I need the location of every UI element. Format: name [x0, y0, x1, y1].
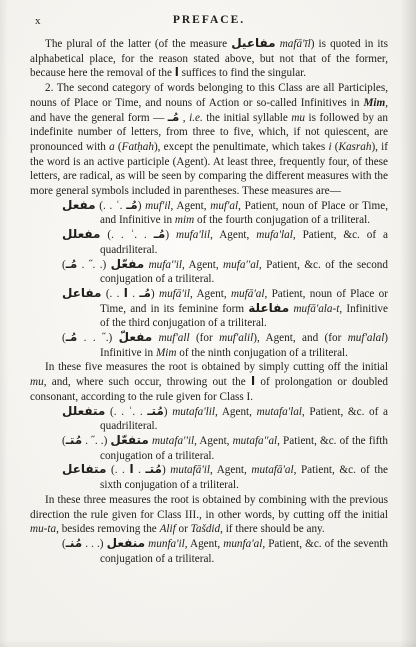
text-segment: of the fourth conjugation of a trilitera… [194, 214, 370, 226]
text-segment: mu-ta [30, 523, 56, 535]
text-segment: (. . [101, 288, 123, 300]
text-segment: ) [165, 229, 176, 241]
text-segment: mufa'lal [256, 229, 293, 241]
text-segment: (. . ʿ. [96, 200, 127, 212]
book-page: x PREFACE. The plural of the latter (of … [0, 0, 416, 647]
measure-item: مفعلل (. . ʿ. . مُـ) mufa'lil, Agent, mu… [100, 228, 388, 257]
measure-item: مفعل (. . ʿ. مُـ) muf'il, Agent, muf'al,… [100, 199, 388, 228]
text-segment: ), Agent, and (for [253, 332, 348, 344]
text-segment: , Agent, [210, 229, 256, 241]
text-segment: (. .˝ . [82, 435, 110, 447]
arabic-text: مفاعيل [231, 36, 275, 50]
measure-item: متفاعل (. . ا‎ . مُتـ) mutafā'il, Agent,… [100, 463, 388, 492]
arabic-text: مفاعلة [248, 301, 289, 315]
text-segment: Mim [363, 97, 385, 109]
paragraph: 2. The second category of words belongin… [30, 81, 388, 199]
paragraph: In these three measures the root is obta… [30, 493, 388, 537]
text-segment: , if there should be any. [220, 523, 325, 535]
text-segment: ) [164, 406, 172, 418]
measure-item: متفعّل (. .˝ . مُتـ) mutafa''il, Agent, … [100, 434, 388, 463]
text-segment: 2. The second category of words belongin… [30, 82, 388, 109]
arabic-text: مُـ [139, 286, 151, 300]
text-segment: Alif [160, 523, 176, 535]
text-segment: mufā'al [231, 288, 264, 300]
arabic-text: مفاعل [62, 286, 101, 300]
measure-item: مفعلّ (.˝ . . مُـ) muf'all (for muf'alil… [100, 331, 388, 360]
page-body: The plural of the latter (of the measure… [0, 37, 416, 566]
text-segment: mutafa'lal [257, 406, 302, 418]
text-segment: , Agent, [190, 288, 231, 300]
arabic-text: مُـ [154, 227, 166, 241]
text-segment: mufa''il [149, 259, 182, 271]
text-segment: ( [115, 141, 122, 153]
arabic-text: منفعل [107, 536, 145, 550]
text-segment: mu [30, 376, 44, 388]
arabic-text: مفعلّ [119, 330, 153, 344]
text-segment: mutafā'il [170, 464, 210, 476]
measure-item: مفعّل (. .˝ . مُـ) mufa''il, Agent, mufa… [100, 258, 388, 287]
page-header: x PREFACE. [30, 13, 388, 28]
text-segment: ‎ . [128, 288, 139, 300]
text-segment: Tašdid [191, 523, 220, 535]
text-segment: , Agent, [185, 538, 223, 550]
arabic-text: مُتـ [146, 462, 162, 476]
text-segment: Mim [156, 347, 177, 359]
page-title: PREFACE. [30, 13, 388, 28]
text-segment: the initial syllable [203, 112, 292, 124]
text-segment: mufa''al [223, 259, 259, 271]
text-segment: , besides removing the [56, 523, 159, 535]
text-segment: i.e. [189, 112, 203, 124]
text-segment: , Agent, [171, 200, 211, 212]
text-segment: , Agent, [194, 435, 233, 447]
text-segment: , and, where such occur, throwing out th… [44, 376, 251, 388]
text-segment: In these three measures the root is obta… [30, 494, 388, 521]
text-segment: ), except the penultimate, which takes [154, 141, 329, 153]
text-segment: muf'alal [348, 332, 385, 344]
arabic-text: مُـ [168, 110, 180, 124]
text-segment: The plural of the latter (of the measure [45, 38, 231, 50]
text-segment: (. . [106, 464, 129, 476]
arabic-text: مُـ [66, 330, 78, 344]
text-segment: mutafa'lil [172, 406, 215, 418]
text-segment: mafā'īl [280, 38, 311, 50]
text-segment: mufā'ala-t [293, 303, 339, 315]
text-segment: muf'al [210, 200, 238, 212]
arabic-text: مُتـ [66, 433, 82, 447]
arabic-text: مفعل [62, 198, 96, 212]
arabic-text: مُنـ [66, 536, 82, 550]
page-number: x [35, 14, 41, 29]
arabic-text: مُـ [66, 257, 78, 271]
measure-item: متفعلل (. . ʿ. . مُتـ) mutafa'lil, Agent… [100, 405, 388, 434]
arabic-text: متفعّل [110, 433, 148, 447]
text-segment: (for [190, 332, 220, 344]
text-segment: suffices to find the singular. [179, 67, 306, 79]
text-segment: muf'all [159, 332, 190, 344]
measure-item: مفاعل (. . ا‎ . مُـ) mufā'il, Agent, muf… [100, 287, 388, 331]
text-segment: mutafa''al [233, 435, 278, 447]
text-segment: of the ninth conjugation of a triliteral… [176, 347, 348, 359]
text-segment: muf'alil [219, 332, 253, 344]
text-segment: , Agent, [182, 259, 223, 271]
text-segment: , Agent, [210, 464, 251, 476]
text-segment: , Agent, [215, 406, 257, 418]
text-segment: munfa'il [148, 538, 185, 550]
measure-item: منفعل (. . . مُنـ) munfa'il, Agent, munf… [100, 537, 388, 566]
text-segment: In these five measures the root is obtai… [45, 361, 388, 373]
text-segment: mim [175, 214, 194, 226]
arabic-text: مُـ [126, 198, 138, 212]
arabic-text: مفعلل [62, 227, 100, 241]
paragraph: The plural of the latter (of the measure… [30, 37, 388, 81]
paragraph: In these five measures the root is obtai… [30, 360, 388, 404]
text-segment: mufā'il [159, 288, 190, 300]
text-segment: Kasrah [338, 141, 371, 153]
text-segment: muf'il [145, 200, 170, 212]
arabic-text: مفعّل [111, 257, 145, 271]
text-segment: ) [151, 288, 159, 300]
arabic-text: مُتـ [147, 404, 163, 418]
text-segment: or [176, 523, 191, 535]
text-segment: Fatḥah [122, 141, 154, 153]
text-segment: , [179, 112, 189, 124]
text-segment: mufa'lil [176, 229, 210, 241]
arabic-text: متفاعل [62, 462, 106, 476]
page-bottom-edge-shadow [0, 639, 416, 647]
arabic-text: متفعلل [62, 404, 105, 418]
text-segment: mutafa''il [152, 435, 194, 447]
text-segment: ‎ . [134, 464, 146, 476]
text-segment: (. . ʿ. . [105, 406, 147, 418]
text-segment: (. .˝ . [77, 259, 110, 271]
text-segment: mu [291, 112, 305, 124]
text-segment: munfa'al [223, 538, 262, 550]
text-segment: (. . ʿ. . [100, 229, 153, 241]
text-segment: (. . . [82, 538, 106, 550]
text-segment: mutafā'al [251, 464, 293, 476]
text-segment: (.˝ . . [77, 332, 118, 344]
